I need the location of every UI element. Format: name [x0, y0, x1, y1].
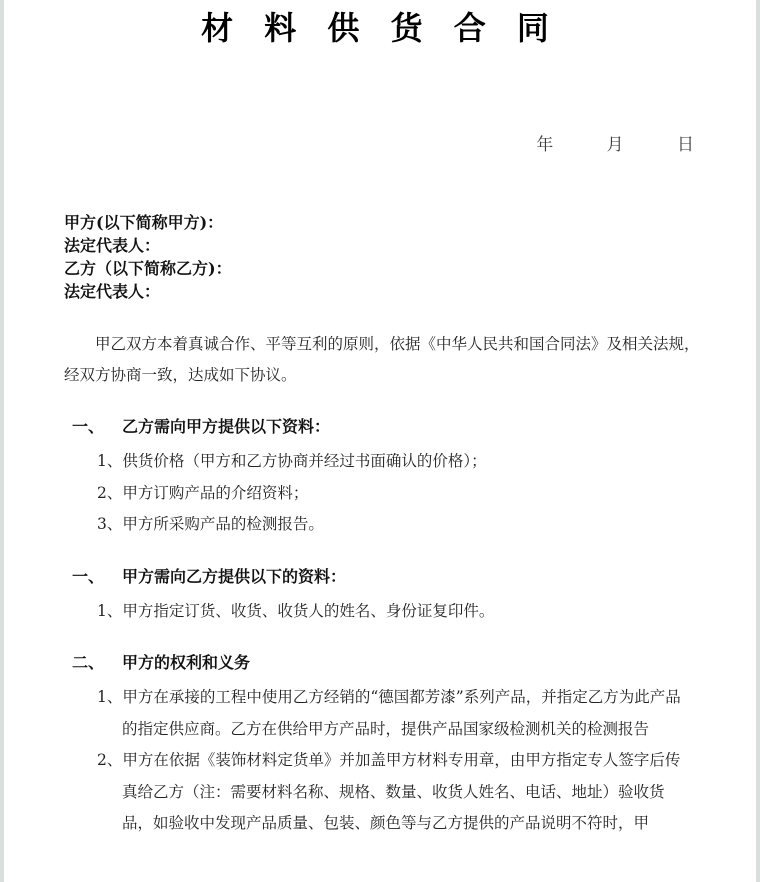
party-block: 甲方(以下简称甲方)： 法定代表人： 乙方（以下简称乙方)： 法定代表人： — [0, 211, 760, 303]
list-item: 2、甲方订购产品的介绍资料； — [0, 478, 694, 510]
section-2-title: 甲方需向乙方提供以下的资料： — [122, 566, 346, 588]
section-2-heading: 一、 甲方需向乙方提供以下的资料： — [0, 566, 760, 588]
page-left-edge — [0, 0, 4, 882]
list-item: 1、甲方指定订货、收货、收货人的姓名、身份证复印件。 — [0, 596, 694, 628]
party-a-representative-label: 法定代表人： — [64, 234, 760, 257]
contract-document-page: 材 料 供 货 合 同 年 月 日 甲方(以下简称甲方)： 法定代表人： 乙方（… — [0, 0, 760, 882]
party-a-label: 甲方(以下简称甲方)： — [64, 211, 760, 234]
page-right-edge — [756, 0, 760, 882]
date-line: 年 月 日 — [0, 134, 760, 156]
list-item: 1、供货价格（甲方和乙方协商并经过书面确认的价格）； — [0, 446, 694, 478]
section-1-title: 乙方需向甲方提供以下资料： — [122, 416, 330, 438]
preamble-paragraph: 甲乙双方本着真诚合作、平等互利的原则，依据《中华人民共和国合同法》及相关法规，经… — [0, 329, 704, 391]
party-b-representative-label: 法定代表人： — [64, 280, 760, 303]
date-month-label: 月 — [607, 134, 624, 156]
section-3-items: 1、甲方在承接的工程中使用乙方经销的“德国都芳漆”系列产品，并指定乙方为此产品的… — [0, 682, 760, 840]
section-2-items: 1、甲方指定订货、收货、收货人的姓名、身份证复印件。 — [0, 596, 760, 628]
date-day-label: 日 — [677, 134, 694, 156]
section-3: 二、 甲方的权利和义务 1、甲方在承接的工程中使用乙方经销的“德国都芳漆”系列产… — [0, 652, 760, 840]
list-item: 2、甲方在依据《装饰材料定货单》并加盖甲方材料专用章，由甲方指定专人签字后传真给… — [0, 745, 694, 840]
section-1-heading: 一、 乙方需向甲方提供以下资料： — [0, 416, 760, 438]
section-1: 一、 乙方需向甲方提供以下资料： 1、供货价格（甲方和乙方协商并经过书面确认的价… — [0, 416, 760, 541]
list-item: 3、甲方所采购产品的检测报告。 — [0, 509, 694, 541]
section-2-number: 一、 — [72, 566, 122, 588]
section-3-title: 甲方的权利和义务 — [122, 652, 250, 674]
date-year-label: 年 — [536, 134, 553, 156]
party-b-label: 乙方（以下简称乙方)： — [64, 257, 760, 280]
section-3-number: 二、 — [72, 652, 122, 674]
section-2: 一、 甲方需向乙方提供以下的资料： 1、甲方指定订货、收货、收货人的姓名、身份证… — [0, 566, 760, 628]
section-1-items: 1、供货价格（甲方和乙方协商并经过书面确认的价格）； 2、甲方订购产品的介绍资料… — [0, 446, 760, 541]
document-title: 材 料 供 货 合 同 — [0, 0, 760, 48]
section-1-number: 一、 — [72, 416, 122, 438]
list-item: 1、甲方在承接的工程中使用乙方经销的“德国都芳漆”系列产品，并指定乙方为此产品的… — [0, 682, 694, 745]
section-3-heading: 二、 甲方的权利和义务 — [0, 652, 760, 674]
